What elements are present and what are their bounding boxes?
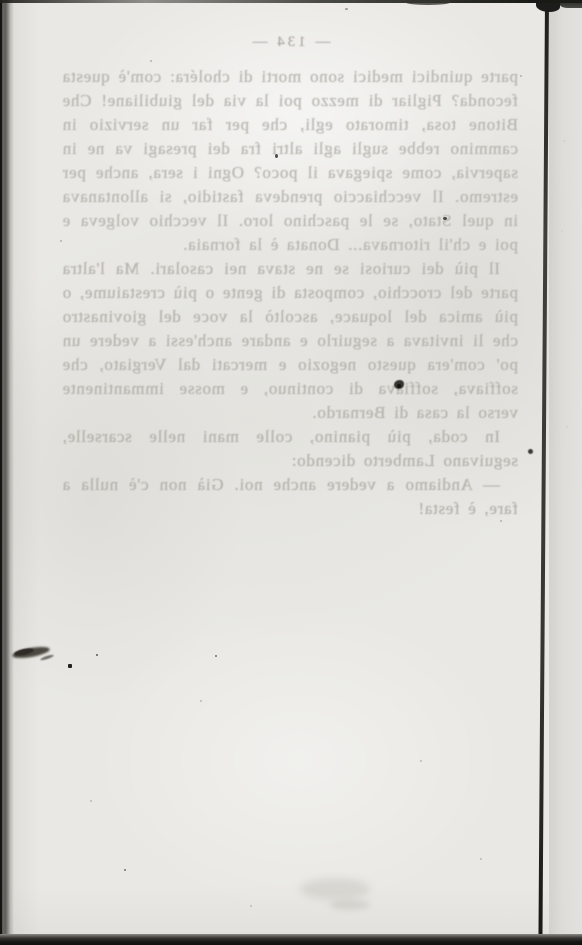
ink-spot [68, 664, 72, 668]
ink-spot [300, 878, 370, 900]
ink-spot [60, 240, 62, 242]
top-edge-notch [406, 0, 450, 5]
ink-spot [275, 154, 278, 158]
ink-spot [345, 8, 348, 10]
ink-spot [330, 900, 370, 910]
ink-spot [528, 449, 533, 454]
ink-spot [200, 700, 202, 702]
ink-spot [520, 75, 522, 77]
ink-spot [443, 217, 447, 220]
ink-spot [40, 654, 54, 661]
ink-spot [96, 654, 98, 656]
scan-edge-left [0, 0, 14, 945]
ink-spot [124, 869, 126, 871]
ink-spot [420, 760, 422, 762]
ink-spot [215, 655, 217, 657]
ink-spot [150, 60, 152, 62]
artifact-layer [0, 0, 582, 945]
ink-spot [397, 384, 401, 388]
scan-edge-bottom [0, 934, 582, 945]
scan-edge-top [0, 0, 582, 3]
ink-spot [500, 520, 502, 522]
ink-spot [90, 800, 92, 802]
scanned-page: — 134 — parte quindici medici sono morti… [0, 0, 582, 945]
adjacent-page-strip [549, 2, 582, 938]
ink-spot [250, 905, 252, 907]
ink-spot [480, 858, 482, 860]
